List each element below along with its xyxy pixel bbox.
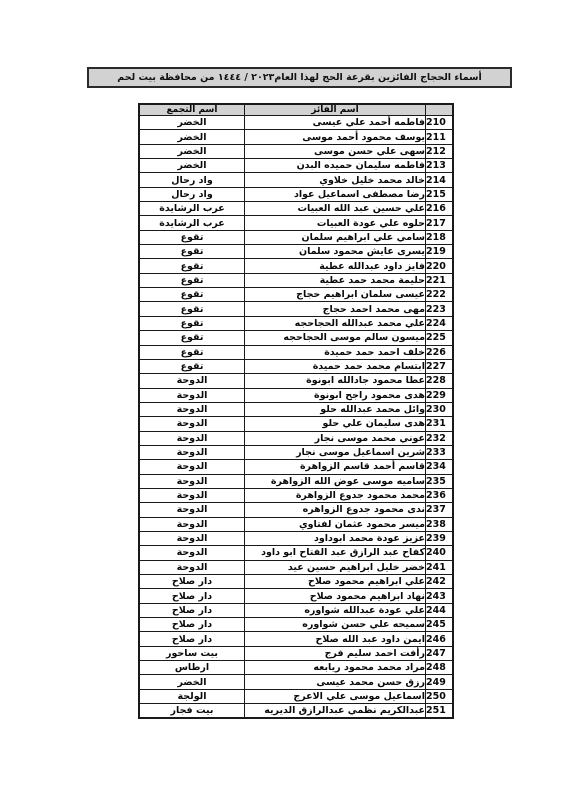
row-number-cell: 217: [426, 216, 454, 230]
row-number-cell: 210: [426, 116, 454, 130]
community-cell: دار صلاح: [139, 603, 245, 617]
table-row: 229هدى محمود راجح ابونوةالدوحة: [139, 388, 453, 402]
table-row: 246ايمن داود عبد الله صلاحدار صلاح: [139, 632, 453, 646]
community-cell: واد رحال: [139, 173, 245, 187]
winner-name-cell: عزيز عودة محمد ابوداود: [245, 531, 426, 545]
community-cell: تقوع: [139, 230, 245, 244]
community-cell: الدوحة: [139, 374, 245, 388]
row-number-cell: 222: [426, 288, 454, 302]
winner-name-cell: نهاد ابراهيم محمود صلاح: [245, 589, 426, 603]
table-row: 235ساميه موسى عوض الله الزواهرةالدوحة: [139, 474, 453, 488]
community-cell: واد رحال: [139, 187, 245, 201]
winner-name-cell: رأفت احمد سليم فرج: [245, 646, 426, 660]
table-row: 227ابتسام محمد حمد حميدةتقوع: [139, 359, 453, 373]
table-row: 224علي محمد عبدالله الحجاحجهتقوع: [139, 316, 453, 330]
winner-name-cell: رضا مصطفى اسماعيل عواد: [245, 187, 426, 201]
winner-name-cell: خضر خليل ابراهيم حسين عيد: [245, 560, 426, 574]
winner-name-cell: عيسى سلمان ابراهيم حجاج: [245, 288, 426, 302]
winner-name-cell: حليمة محمد حمد عطية: [245, 273, 426, 287]
row-number-cell: 246: [426, 632, 454, 646]
community-cell: دار صلاح: [139, 589, 245, 603]
row-number-cell: 242: [426, 575, 454, 589]
winner-name-cell: حلوه علي عودة العبيات: [245, 216, 426, 230]
table-row: 222عيسى سلمان ابراهيم حجاجتقوع: [139, 288, 453, 302]
winner-name-cell: كفاح عبد الرازق عبد الفتاح ابو داود: [245, 546, 426, 560]
community-cell: تقوع: [139, 259, 245, 273]
table-row: 241خضر خليل ابراهيم حسين عيدالدوحة: [139, 560, 453, 574]
row-number-cell: 240: [426, 546, 454, 560]
table-row: 234قاسم أحمد قاسم الزواهرةالدوحة: [139, 460, 453, 474]
winner-name-cell: خالد محمد خليل خلاوي: [245, 173, 426, 187]
community-cell: دار صلاح: [139, 575, 245, 589]
row-number-cell: 223: [426, 302, 454, 316]
document-page: أسماء الحجاج الفائزين بقرعة الحج لهذا ال…: [0, 0, 565, 800]
table-row: 236محمد محمود جدوع الزواهرةالدوحة: [139, 488, 453, 502]
document-title: أسماء الحجاج الفائزين بقرعة الحج لهذا ال…: [87, 67, 512, 88]
row-number-cell: 218: [426, 230, 454, 244]
table-row: 233شرين اسماعيل موسى نجارالدوحة: [139, 445, 453, 459]
community-cell: تقوع: [139, 345, 245, 359]
winner-name-cell: عوني محمد موسى نجار: [245, 431, 426, 445]
community-cell: الدوحة: [139, 560, 245, 574]
winner-name-cell: فايز داود عبدالله عطية: [245, 259, 426, 273]
winner-name-cell: ايمن داود عبد الله صلاح: [245, 632, 426, 646]
row-number-cell: 216: [426, 202, 454, 216]
row-number-cell: 239: [426, 531, 454, 545]
row-number-cell: 230: [426, 402, 454, 416]
table-row: 221حليمة محمد حمد عطيةتقوع: [139, 273, 453, 287]
community-cell: الدوحة: [139, 431, 245, 445]
winner-name-cell: علي محمد عبدالله الحجاحجه: [245, 316, 426, 330]
winner-name-cell: رزق حسن محمد عيسى: [245, 675, 426, 689]
table-row: 218سامي علي ابراهيم سلمانتقوع: [139, 230, 453, 244]
row-number-cell: 243: [426, 589, 454, 603]
community-cell: الخضر: [139, 675, 245, 689]
winner-name-cell: هدى محمود راجح ابونوة: [245, 388, 426, 402]
winner-name-cell: عبدالكريم نظمي عبدالرازق الديريه: [245, 704, 426, 719]
community-cell: الدوحة: [139, 503, 245, 517]
winner-name-cell: مراد محمد محمود ريابعه: [245, 661, 426, 675]
row-number-cell: 245: [426, 618, 454, 632]
table-row: 220فايز داود عبدالله عطيةتقوع: [139, 259, 453, 273]
community-cell: تقوع: [139, 331, 245, 345]
row-number-cell: 227: [426, 359, 454, 373]
table-row: 238ميسر محمود عثمان لفتاويالدوحة: [139, 517, 453, 531]
winner-name-cell: محمد محمود جدوع الزواهرة: [245, 488, 426, 502]
community-cell: الخضر: [139, 116, 245, 130]
winner-name-cell: يوسف محمود أحمد موسى: [245, 130, 426, 144]
row-number-cell: 244: [426, 603, 454, 617]
row-number-cell: 213: [426, 159, 454, 173]
community-cell: الولجة: [139, 689, 245, 703]
community-cell: الدوحة: [139, 474, 245, 488]
header-community: اسم التجمع: [139, 104, 245, 116]
community-cell: تقوع: [139, 273, 245, 287]
community-cell: الدوحة: [139, 402, 245, 416]
winner-name-cell: سهى علي حسن موسى: [245, 144, 426, 158]
winner-name-cell: ندى محمود جدوع الزواهره: [245, 503, 426, 517]
table-row: 223مهى محمد احمد حجاجتقوع: [139, 302, 453, 316]
table-row: 228عطا محمود جادالله ابونوةالدوحة: [139, 374, 453, 388]
community-cell: دار صلاح: [139, 618, 245, 632]
winner-name-cell: ميسون سالم موسى الحجاحجه: [245, 331, 426, 345]
row-number-cell: 233: [426, 445, 454, 459]
row-number-cell: 238: [426, 517, 454, 531]
table-row: 225ميسون سالم موسى الحجاحجهتقوع: [139, 331, 453, 345]
table-row: 217حلوه علي عودة العبياتعرب الرشايدة: [139, 216, 453, 230]
header-number: [426, 104, 454, 116]
community-cell: الخضر: [139, 159, 245, 173]
community-cell: الدوحة: [139, 460, 245, 474]
table-row: 251عبدالكريم نظمي عبدالرازق الديريهبيت ف…: [139, 704, 453, 719]
table-body: 210فاطمه أحمد علي عيسىالخضر211يوسف محمود…: [139, 116, 453, 719]
winner-name-cell: وائل محمد عبدالله حلو: [245, 402, 426, 416]
row-number-cell: 235: [426, 474, 454, 488]
row-number-cell: 248: [426, 661, 454, 675]
winner-name-cell: ميسر محمود عثمان لفتاوي: [245, 517, 426, 531]
row-number-cell: 232: [426, 431, 454, 445]
winner-name-cell: سامي علي ابراهيم سلمان: [245, 230, 426, 244]
table-row: 243نهاد ابراهيم محمود صلاحدار صلاح: [139, 589, 453, 603]
winner-name-cell: فاطمه أحمد علي عيسى: [245, 116, 426, 130]
community-cell: الدوحة: [139, 517, 245, 531]
table-row: 213فاطمه سليمان حميده البدنالخضر: [139, 159, 453, 173]
table-row: 248مراد محمد محمود ريابعهارطاس: [139, 661, 453, 675]
row-number-cell: 219: [426, 245, 454, 259]
table-row: 230وائل محمد عبدالله حلوالدوحة: [139, 402, 453, 416]
row-number-cell: 226: [426, 345, 454, 359]
table-row: 245سميحه علي حسن شواورهدار صلاح: [139, 618, 453, 632]
winner-name-cell: ابتسام محمد حمد حميدة: [245, 359, 426, 373]
winner-name-cell: علي ابراهيم محمود صلاح: [245, 575, 426, 589]
community-cell: الخضر: [139, 130, 245, 144]
row-number-cell: 229: [426, 388, 454, 402]
community-cell: بيت فجار: [139, 704, 245, 719]
community-cell: الدوحة: [139, 531, 245, 545]
table-row: 242علي ابراهيم محمود صلاحدار صلاح: [139, 575, 453, 589]
winner-name-cell: عطا محمود جادالله ابونوة: [245, 374, 426, 388]
row-number-cell: 211: [426, 130, 454, 144]
table-row: 215رضا مصطفى اسماعيل عوادواد رحال: [139, 187, 453, 201]
community-cell: الخضر: [139, 144, 245, 158]
row-number-cell: 212: [426, 144, 454, 158]
table-row: 244علي عودة عبدالله شواورهدار صلاح: [139, 603, 453, 617]
community-cell: الدوحة: [139, 417, 245, 431]
row-number-cell: 237: [426, 503, 454, 517]
row-number-cell: 220: [426, 259, 454, 273]
table-row: 214خالد محمد خليل خلاويواد رحال: [139, 173, 453, 187]
winner-name-cell: اسماعيل موسى علي الاعرج: [245, 689, 426, 703]
row-number-cell: 225: [426, 331, 454, 345]
winner-name-cell: مهى محمد احمد حجاج: [245, 302, 426, 316]
winner-name-cell: فاطمه سليمان حميده البدن: [245, 159, 426, 173]
community-cell: تقوع: [139, 359, 245, 373]
table-row: 249رزق حسن محمد عيسىالخضر: [139, 675, 453, 689]
winner-name-cell: سميحه علي حسن شواوره: [245, 618, 426, 632]
table-row: 212سهى علي حسن موسىالخضر: [139, 144, 453, 158]
table-row: 226خلف احمد حمد حميدةتقوع: [139, 345, 453, 359]
community-cell: تقوع: [139, 316, 245, 330]
header-winner-name: اسم الفائز: [245, 104, 426, 116]
table-row: 247رأفت احمد سليم فرجبيت ساحور: [139, 646, 453, 660]
row-number-cell: 250: [426, 689, 454, 703]
row-number-cell: 247: [426, 646, 454, 660]
community-cell: بيت ساحور: [139, 646, 245, 660]
row-number-cell: 231: [426, 417, 454, 431]
row-number-cell: 215: [426, 187, 454, 201]
row-number-cell: 249: [426, 675, 454, 689]
table-row: 250اسماعيل موسى علي الاعرجالولجة: [139, 689, 453, 703]
table-row: 240كفاح عبد الرازق عبد الفتاح ابو داودال…: [139, 546, 453, 560]
winner-name-cell: خلف احمد حمد حميدة: [245, 345, 426, 359]
table-row: 232عوني محمد موسى نجارالدوحة: [139, 431, 453, 445]
community-cell: الدوحة: [139, 445, 245, 459]
community-cell: تقوع: [139, 288, 245, 302]
row-number-cell: 214: [426, 173, 454, 187]
community-cell: عرب الرشايدة: [139, 202, 245, 216]
community-cell: ارطاس: [139, 661, 245, 675]
winner-name-cell: ساميه موسى عوض الله الزواهرة: [245, 474, 426, 488]
row-number-cell: 234: [426, 460, 454, 474]
winner-name-cell: علي عودة عبدالله شواوره: [245, 603, 426, 617]
community-cell: دار صلاح: [139, 632, 245, 646]
winner-name-cell: قاسم أحمد قاسم الزواهرة: [245, 460, 426, 474]
community-cell: تقوع: [139, 245, 245, 259]
table-row: 210فاطمه أحمد علي عيسىالخضر: [139, 116, 453, 130]
table-row: 211يوسف محمود أحمد موسىالخضر: [139, 130, 453, 144]
table-row: 231هدى سليمان علي حلوالدوحة: [139, 417, 453, 431]
community-cell: الدوحة: [139, 546, 245, 560]
table-row: 239عزيز عودة محمد ابوداودالدوحة: [139, 531, 453, 545]
table-row: 219يسرى عايش محمود سلمانتقوع: [139, 245, 453, 259]
table-row: 216علي حسين عبد الله العبياتعرب الرشايدة: [139, 202, 453, 216]
table-row: 237ندى محمود جدوع الزواهرهالدوحة: [139, 503, 453, 517]
community-cell: عرب الرشايدة: [139, 216, 245, 230]
row-number-cell: 241: [426, 560, 454, 574]
row-number-cell: 228: [426, 374, 454, 388]
winner-name-cell: هدى سليمان علي حلو: [245, 417, 426, 431]
row-number-cell: 251: [426, 704, 454, 719]
header-row: اسم الفائز اسم التجمع: [139, 104, 453, 116]
community-cell: الدوحة: [139, 388, 245, 402]
community-cell: الدوحة: [139, 488, 245, 502]
row-number-cell: 236: [426, 488, 454, 502]
row-number-cell: 221: [426, 273, 454, 287]
winner-name-cell: علي حسين عبد الله العبيات: [245, 202, 426, 216]
row-number-cell: 224: [426, 316, 454, 330]
community-cell: تقوع: [139, 302, 245, 316]
winner-name-cell: شرين اسماعيل موسى نجار: [245, 445, 426, 459]
pilgrims-table: اسم الفائز اسم التجمع 210فاطمه أحمد علي …: [138, 103, 454, 719]
winner-name-cell: يسرى عايش محمود سلمان: [245, 245, 426, 259]
